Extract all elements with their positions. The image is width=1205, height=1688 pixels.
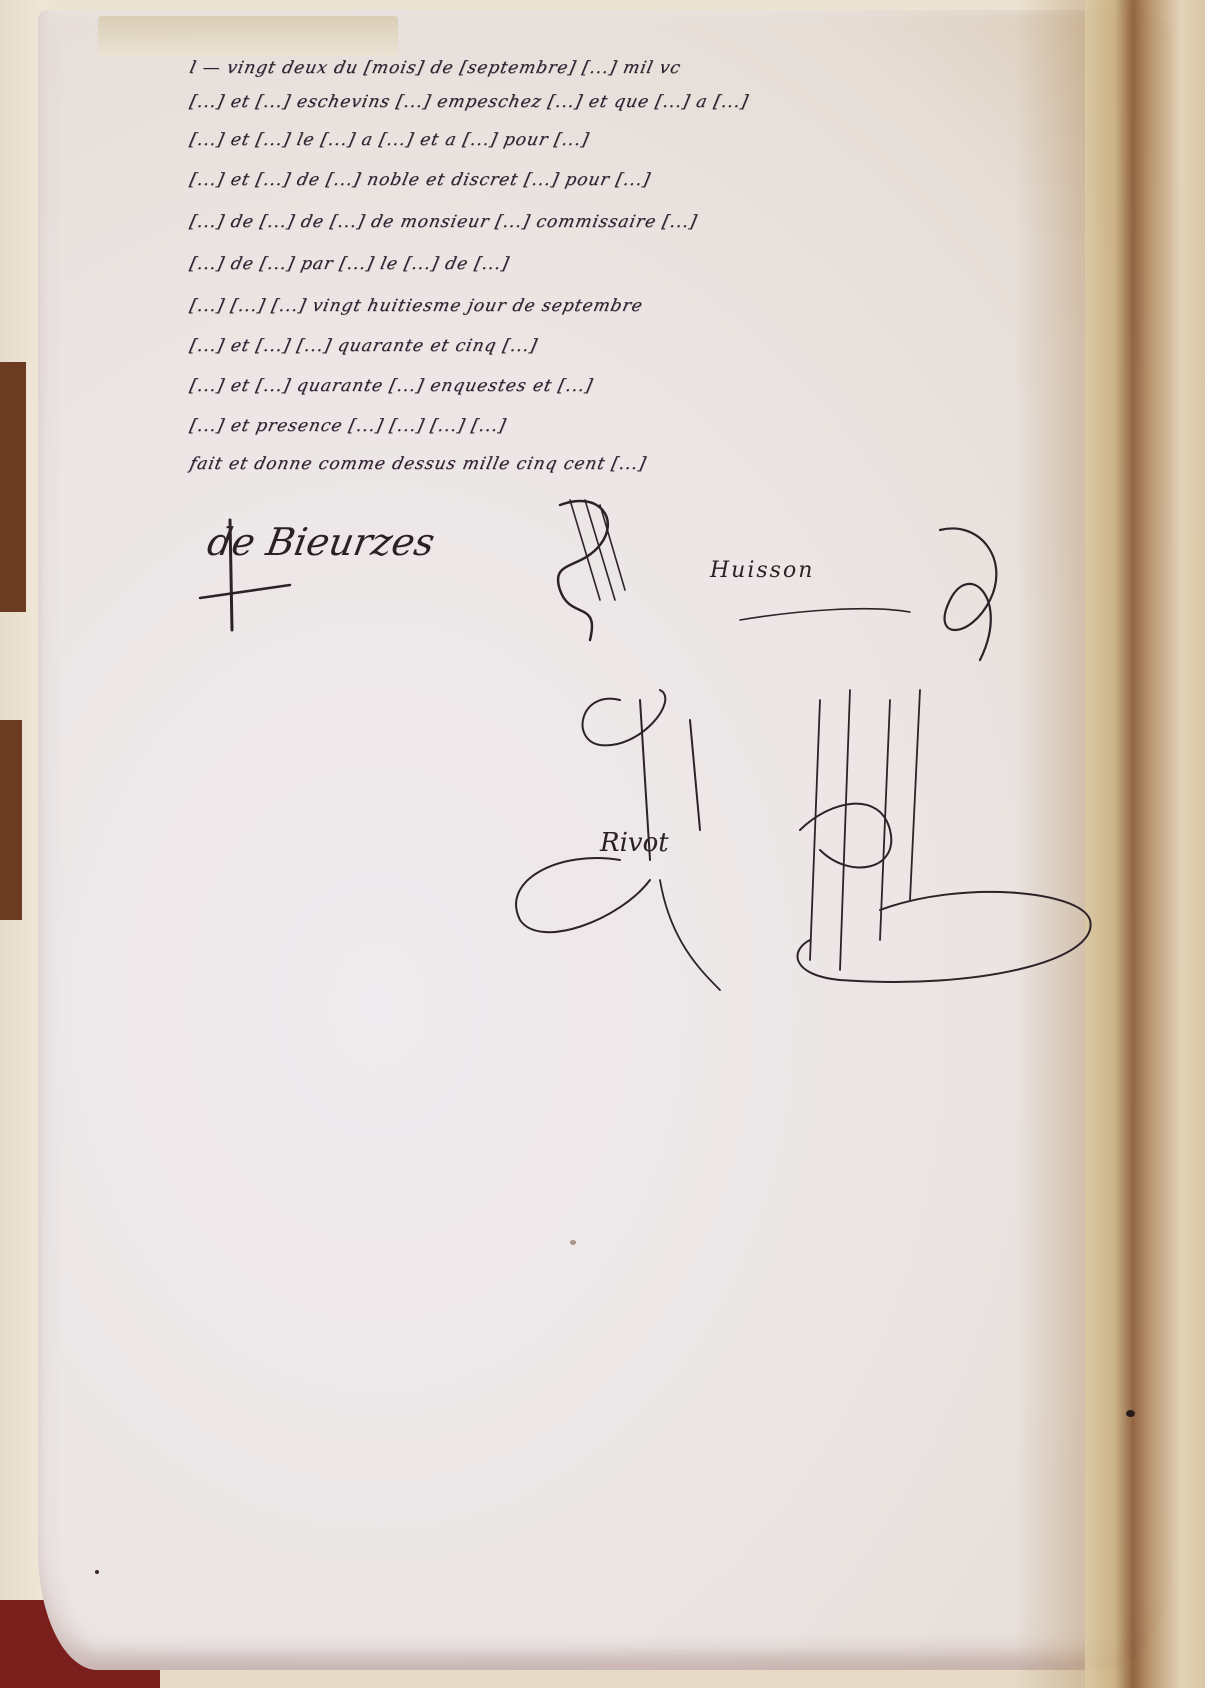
signature-flourishes-icon: [0, 0, 1205, 1688]
